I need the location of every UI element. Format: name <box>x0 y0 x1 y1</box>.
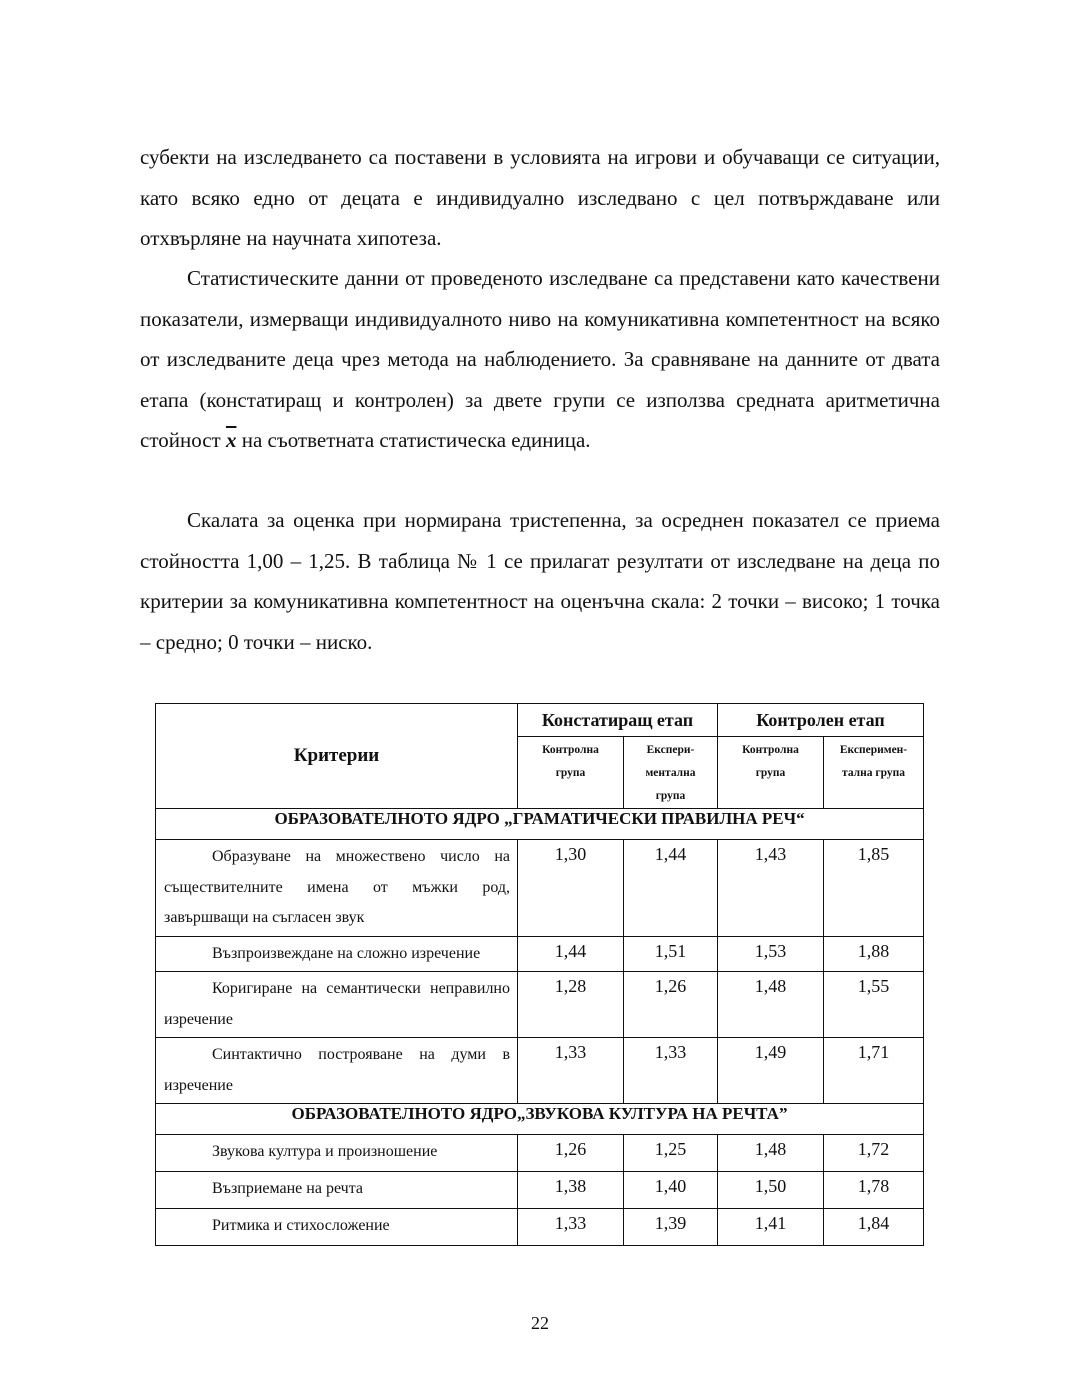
value-cell: 1,28 <box>518 972 624 1038</box>
table-row: Образуване на множествено число на същес… <box>156 840 924 937</box>
group-header-stage1-experimental: Експери- ментална група <box>624 737 718 809</box>
paragraph-continuation: субекти на изследването са поставени в у… <box>140 137 940 259</box>
value-cell: 1,33 <box>624 1038 718 1104</box>
stage-header-control: Контролен етап <box>718 704 924 737</box>
group-header-stage2-control: Контролна група <box>718 737 824 809</box>
value-cell: 1,33 <box>518 1209 624 1246</box>
criterion-text: Възпроизвеждане на сложно изречение <box>212 945 480 962</box>
section-title: ОБРАЗОВАТЕЛНОТО ЯДРО„ЗВУКОВА КУЛТУРА НА … <box>156 1104 924 1135</box>
value-cell: 1,49 <box>718 1038 824 1104</box>
paragraph-2-before: Статистическите данни от проведеното изс… <box>140 266 940 452</box>
criterion-text: Възприемане на речта <box>212 1180 363 1197</box>
mean-symbol: x <box>226 428 237 452</box>
value-cell: 1,48 <box>718 972 824 1038</box>
section-row: ОБРАЗОВАТЕЛНОТО ЯДРО„ЗВУКОВА КУЛТУРА НА … <box>156 1104 924 1135</box>
criterion-text: Коригиране на семантически неправилно из… <box>164 980 510 1028</box>
criterion-cell: Възпроизвеждане на сложно изречение <box>156 936 518 972</box>
criterion-cell: Ритмика и стихосложение <box>156 1209 518 1246</box>
criterion-cell: Синтактично построяване на думи в изрече… <box>156 1038 518 1104</box>
value-cell: 1,43 <box>718 840 824 937</box>
value-cell: 1,33 <box>518 1038 624 1104</box>
value-cell: 1,25 <box>624 1135 718 1172</box>
value-cell: 1,26 <box>518 1135 624 1172</box>
criterion-cell: Възприемане на речта <box>156 1172 518 1209</box>
paragraph-3: Скалата за оценка при нормирана тристепе… <box>140 500 940 662</box>
criterion-text: Синтактично построяване на думи в изрече… <box>164 1046 510 1094</box>
table-row: Възпроизвеждане на сложно изречение1,441… <box>156 936 924 972</box>
value-cell: 1,39 <box>624 1209 718 1246</box>
group-header-stage1-control: Контролна група <box>518 737 624 809</box>
value-cell: 1,55 <box>824 972 924 1038</box>
value-cell: 1,41 <box>718 1209 824 1246</box>
value-cell: 1,85 <box>824 840 924 937</box>
table-row: Коригиране на семантически неправилно из… <box>156 972 924 1038</box>
table-row: Синтактично построяване на думи в изрече… <box>156 1038 924 1104</box>
paragraph-2: Статистическите данни от проведеното изс… <box>140 258 940 461</box>
criterion-cell: Звукова култура и произношение <box>156 1135 518 1172</box>
value-cell: 1,78 <box>824 1172 924 1209</box>
value-cell: 1,26 <box>624 972 718 1038</box>
value-cell: 1,50 <box>718 1172 824 1209</box>
value-cell: 1,71 <box>824 1038 924 1104</box>
table-row: Ритмика и стихосложение1,331,391,411,84 <box>156 1209 924 1246</box>
section-title: ОБРАЗОВАТЕЛНОТО ЯДРО „ГРАМАТИЧЕСКИ ПРАВИ… <box>156 809 924 840</box>
value-cell: 1,51 <box>624 936 718 972</box>
value-cell: 1,48 <box>718 1135 824 1172</box>
table-row: Звукова култура и произношение1,261,251,… <box>156 1135 924 1172</box>
value-cell: 1,53 <box>718 936 824 972</box>
section-row: ОБРАЗОВАТЕЛНОТО ЯДРО „ГРАМАТИЧЕСКИ ПРАВИ… <box>156 809 924 840</box>
paragraph-2-after: на съответната статистическа единица. <box>242 428 591 452</box>
value-cell: 1,72 <box>824 1135 924 1172</box>
results-table: Критерии Констатиращ етап Контролен етап… <box>155 703 924 1246</box>
criteria-header: Критерии <box>156 704 518 809</box>
criterion-cell: Коригиране на семантически неправилно из… <box>156 972 518 1038</box>
table-body: ОБРАЗОВАТЕЛНОТО ЯДРО „ГРАМАТИЧЕСКИ ПРАВИ… <box>156 809 924 1246</box>
value-cell: 1,40 <box>624 1172 718 1209</box>
table-row: Възприемане на речта1,381,401,501,78 <box>156 1172 924 1209</box>
value-cell: 1,84 <box>824 1209 924 1246</box>
value-cell: 1,44 <box>518 936 624 972</box>
criterion-cell: Образуване на множествено число на същес… <box>156 840 518 937</box>
criterion-text: Звукова култура и произношение <box>212 1143 437 1160</box>
paragraph-scale: Скалата за оценка при нормирана тристепе… <box>140 500 940 662</box>
value-cell: 1,38 <box>518 1172 624 1209</box>
stage-header-ascertaining: Констатиращ етап <box>518 704 718 737</box>
paragraph-statistics: Статистическите данни от проведеното изс… <box>140 258 940 461</box>
criterion-text: Ритмика и стихосложение <box>212 1217 390 1234</box>
page-number: 22 <box>0 1313 1080 1334</box>
criterion-text: Образуване на множествено число на същес… <box>164 848 510 926</box>
paragraph-1: субекти на изследването са поставени в у… <box>140 137 940 259</box>
group-header-stage2-experimental: Експеримен- тална група <box>824 737 924 809</box>
value-cell: 1,30 <box>518 840 624 937</box>
value-cell: 1,88 <box>824 936 924 972</box>
value-cell: 1,44 <box>624 840 718 937</box>
